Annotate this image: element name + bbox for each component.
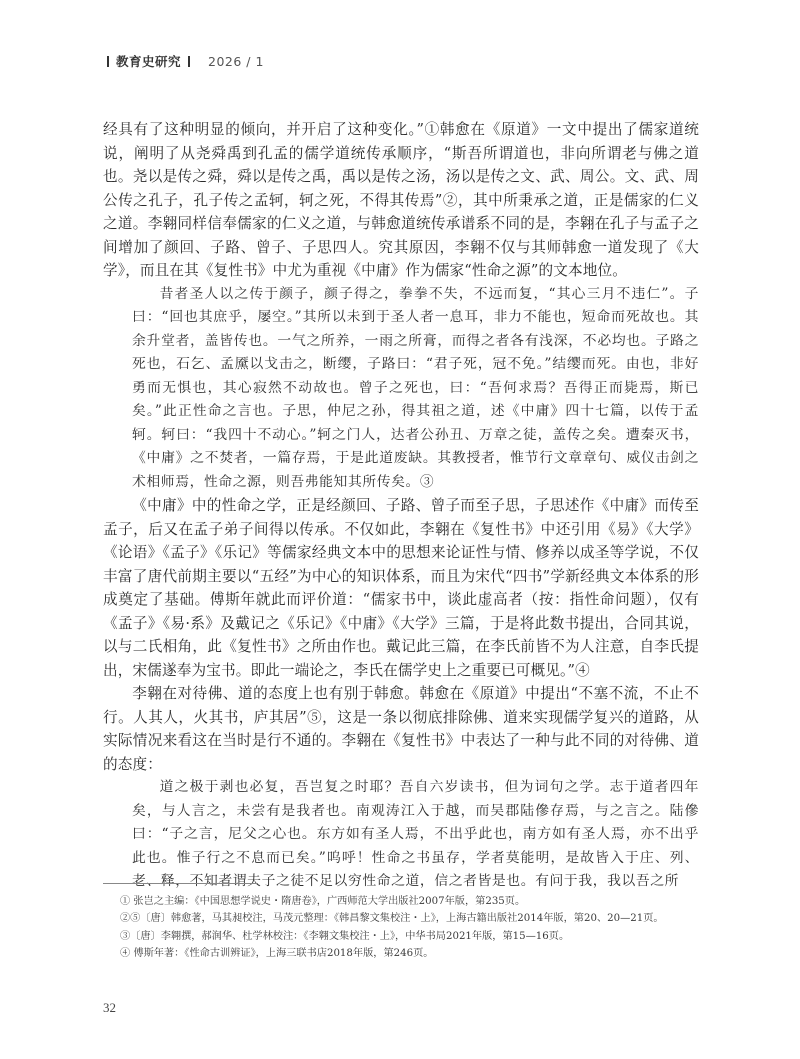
footnotes: ① 张岂之主编：《中国思想学说史・隋唐卷》，广西师范大学出版社2007年版，第2…: [120, 893, 710, 963]
footnote-1: ① 张岂之主编：《中国思想学说史・隋唐卷》，广西师范大学出版社2007年版，第2…: [120, 893, 710, 910]
body-paragraph-2: 《中庸》中的性命之学，正是经颜回、子路、曾子而至子思，子思述作《中庸》而传至孟子…: [103, 494, 699, 682]
article-body: 经具有了这种明显的倾向，并开启了这种变化。”①韩愈在《原道》一文中提出了儒家道统…: [103, 118, 699, 894]
body-paragraph-3: 李翱在对待佛、道的态度上也有别于韩愈。韩愈在《原道》中提出“不塞不流，不止不行。…: [103, 682, 699, 776]
body-paragraph-1: 经具有了这种明显的倾向，并开启了这种变化。”①韩愈在《原道》一文中提出了儒家道统…: [103, 118, 699, 283]
block-quote-2: 道之极于剥也必复，吾岂复之时耶？吾自六岁读书，但为词句之学。志于道者四年矣，与人…: [103, 776, 699, 894]
footnote-divider: [103, 883, 258, 884]
block-quote-1: 昔者圣人以之传于颜子，颜子得之，拳拳不失，不远而复，“其心三月不违仁”。子曰：“…: [103, 283, 699, 495]
issue-number: 2026 / 1: [208, 54, 264, 69]
running-header: 教育史研究 2026 / 1: [107, 52, 264, 70]
footnote-3: ③〔唐〕李翱撰，郝润华、杜学林校注：《李翱文集校注・上》，中华书局2021年版，…: [120, 928, 710, 945]
page-number: 32: [103, 1000, 116, 1016]
journal-title: 教育史研究: [116, 52, 181, 70]
footnote-2-5: ②⑤〔唐〕韩愈著，马其昶校注，马茂元整理：《韩昌黎文集校注・上》，上海古籍出版社…: [120, 910, 710, 927]
header-bar-left: [107, 56, 109, 67]
footnote-4: ④ 傅斯年著：《性命古训辨证》，上海三联书店2018年版，第246页。: [120, 945, 710, 962]
header-bar-right: [188, 56, 190, 67]
